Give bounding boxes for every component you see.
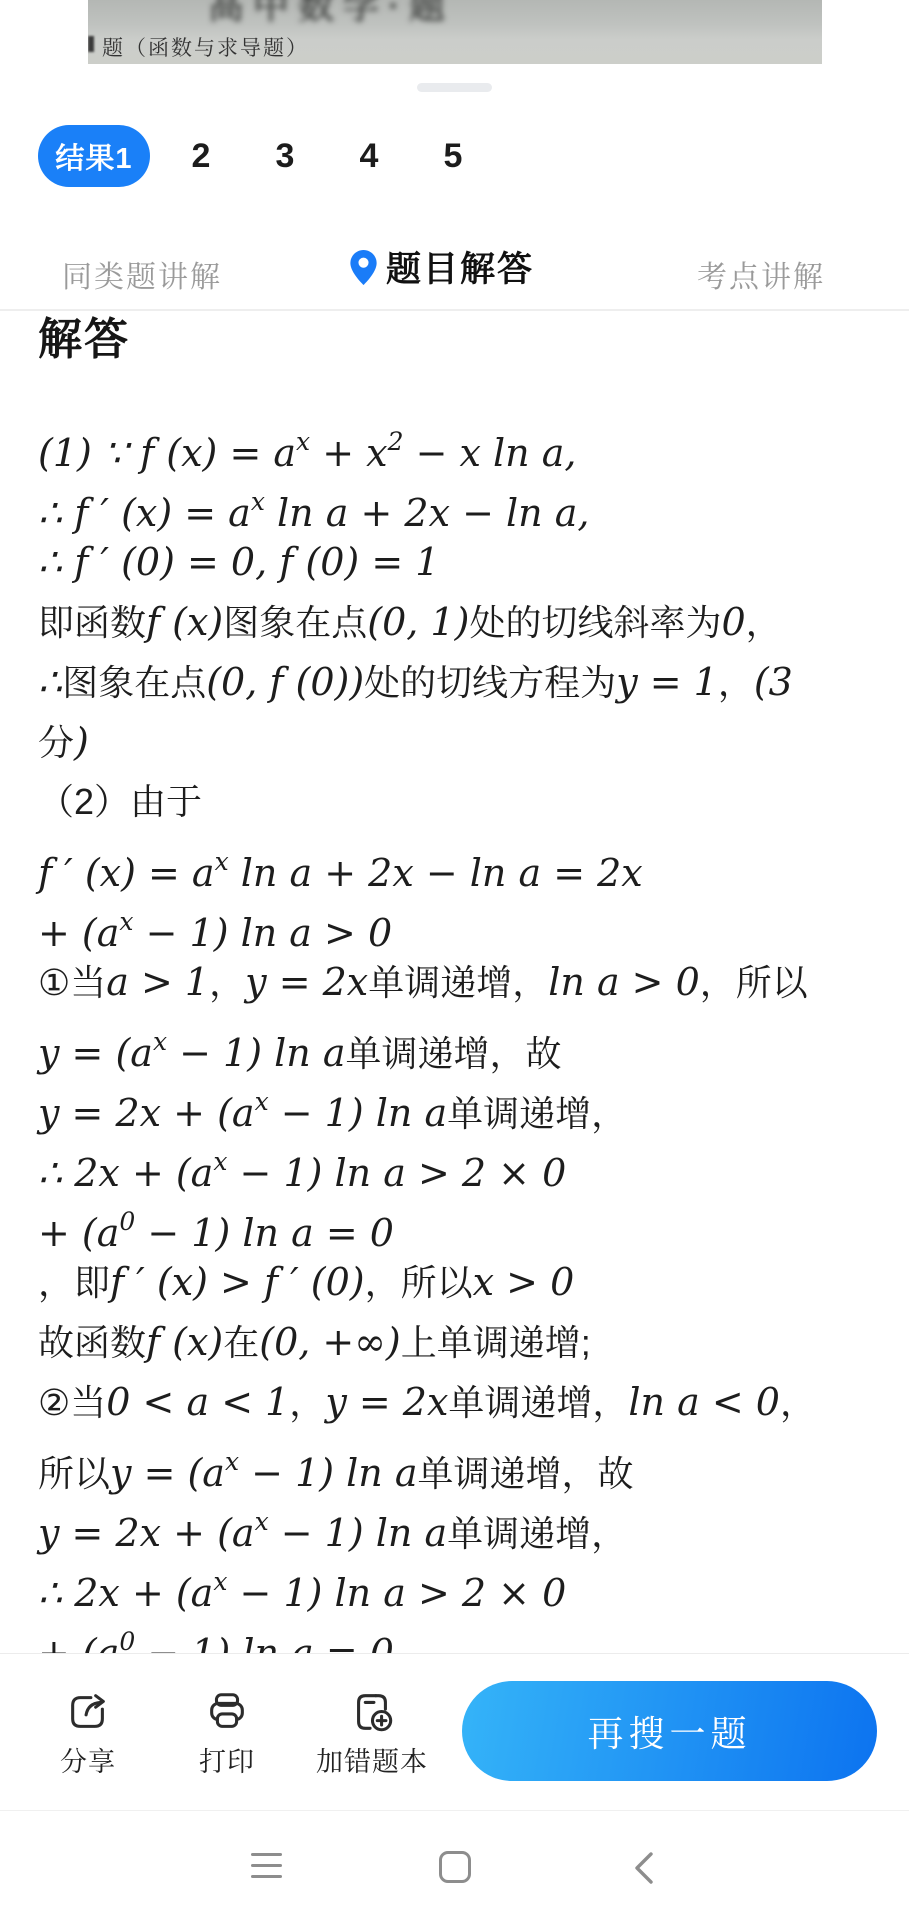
solution-line: ∴ f ′ (x) = ax ln a + 2x − ln a, <box>38 472 883 532</box>
problem-photo[interactable]: 高中数学·题 题（函数与求导题） <box>88 0 822 64</box>
solution-line: ∴ f ′ (0) = 0, f (0) = 1 <box>38 532 883 592</box>
android-nav-bar <box>0 1810 909 1920</box>
solution-line: ①当a > 1，y = 2x单调递增，ln a > 0，所以 <box>38 952 883 1012</box>
solution-line: + (a0 − 1) ln a = 0 <box>38 1192 883 1252</box>
notebook-add-icon <box>349 1689 395 1735</box>
solution-line: (1) ∵ f (x) = ax + x2 − x ln a, <box>38 412 883 472</box>
section-tabs: 同类题讲解 题目解答 考点讲解 <box>0 240 909 302</box>
solution-line: ∴ 2x + (ax − 1) ln a > 2 × 0 <box>38 1132 883 1192</box>
location-pin-icon <box>350 250 377 285</box>
result-tab-4[interactable]: 4 <box>339 125 399 187</box>
add-mistake-book-label: 加错题本 <box>306 1740 438 1779</box>
photo-blurred-title: 高中数学·题 <box>208 0 454 29</box>
tab-problem-answer-label: 题目解答 <box>386 242 534 292</box>
cropped-text-fragment <box>88 36 94 52</box>
share-button[interactable]: 分享 <box>38 1689 138 1779</box>
solution-line: ②当0 < a < 1，y = 2x单调递增，ln a < 0， <box>38 1372 883 1432</box>
print-label: 打印 <box>177 1740 277 1779</box>
solution-lines[interactable]: (1) ∵ f (x) = ax + x2 − x ln a,∴ f ′ (x)… <box>38 412 883 1672</box>
solution-line: ∴图象在点(0, f (0))处的切线方程为y = 1，(3 <box>38 652 883 712</box>
tab-problem-answer[interactable]: 题目解答 <box>350 242 534 292</box>
print-button[interactable]: 打印 <box>177 1689 277 1779</box>
recents-icon[interactable] <box>251 1853 282 1878</box>
solution-line: ，即f ′ (x) > f ′ (0)，所以x > 0 <box>38 1252 883 1312</box>
solution-line: f ′ (x) = ax ln a + 2x − ln a = 2x <box>38 832 883 892</box>
solution-line: 分) <box>38 712 883 772</box>
solution-line: ∴ 2x + (ax − 1) ln a > 2 × 0 <box>38 1552 883 1612</box>
result-tab-5[interactable]: 5 <box>423 125 483 187</box>
search-again-button[interactable]: 再搜一题 <box>462 1681 877 1781</box>
solution-line: 所以y = (ax − 1) ln a单调递增，故 <box>38 1432 883 1492</box>
share-icon <box>65 1689 111 1735</box>
solution-line: 故函数f (x)在(0, +∞)上单调递增; <box>38 1312 883 1372</box>
solution-line: （2）由于 <box>38 772 883 832</box>
divider <box>0 309 909 311</box>
tab-key-points[interactable]: 考点讲解 <box>697 252 825 296</box>
tab-similar-problems[interactable]: 同类题讲解 <box>62 252 222 296</box>
back-icon[interactable] <box>633 1851 655 1885</box>
sheet-drag-handle[interactable] <box>417 83 492 92</box>
bottom-action-bar: 分享 打印 加错题本 再搜一题 <box>0 1653 909 1811</box>
result-tab-1-active[interactable]: 结果1 <box>38 125 150 187</box>
solution-line: 即函数f (x)图象在点(0, 1)处的切线斜率为0， <box>38 592 883 652</box>
share-label: 分享 <box>38 1740 138 1779</box>
answer-section-title: 解答 <box>38 314 130 366</box>
result-tab-3[interactable]: 3 <box>255 125 315 187</box>
photo-caption: 题（函数与求导题） <box>102 32 309 62</box>
add-mistake-book-button[interactable]: 加错题本 <box>306 1689 438 1779</box>
solution-line: y = 2x + (ax − 1) ln a单调递增， <box>38 1072 883 1132</box>
solution-line: y = 2x + (ax − 1) ln a单调递增， <box>38 1492 883 1552</box>
solution-line: + (ax − 1) ln a > 0 <box>38 892 883 952</box>
result-tab-2[interactable]: 2 <box>171 125 231 187</box>
printer-icon <box>204 1689 250 1735</box>
solution-line: y = (ax − 1) ln a单调递增，故 <box>38 1012 883 1072</box>
home-icon[interactable] <box>439 1851 471 1883</box>
